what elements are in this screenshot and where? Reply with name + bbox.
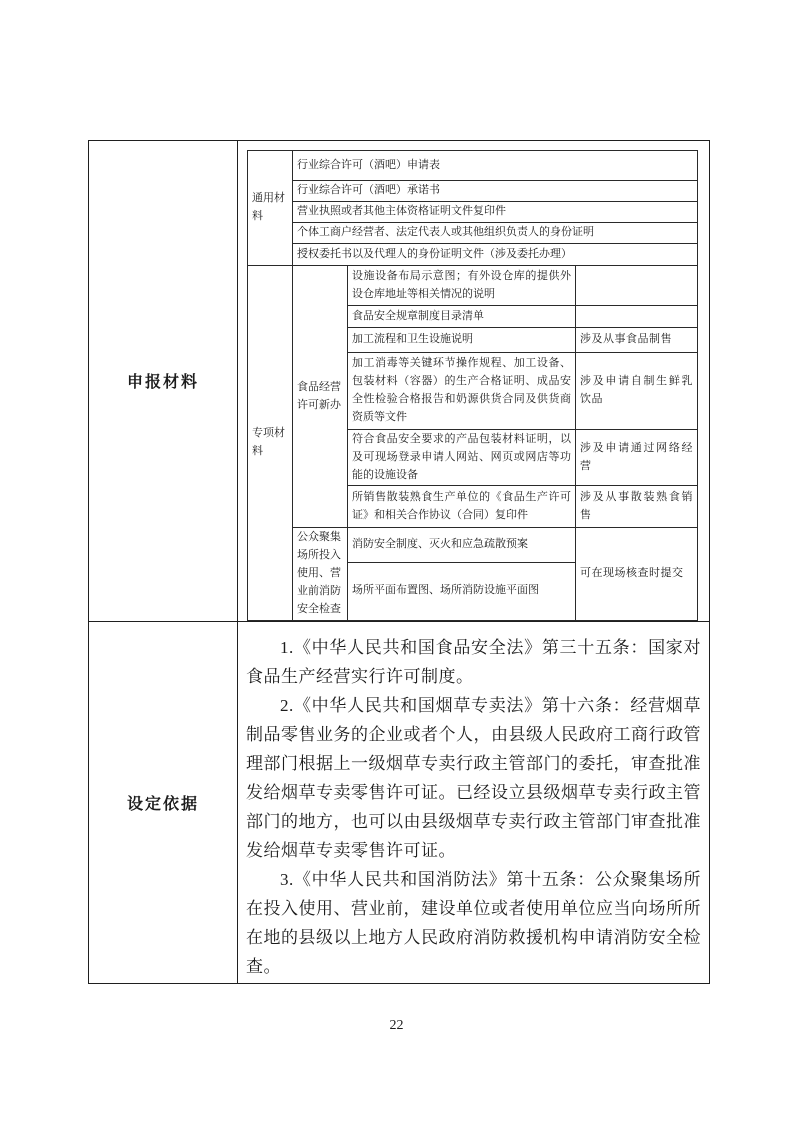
- material-item: 所销售散装熟食生产单位的《食品生产许可证》和相关合作协议（合同）复印件: [348, 486, 576, 528]
- application-materials-cell: 通用材料 行业综合许可（酒吧）申请表 行业综合许可（酒吧）承诺书 营业执照或者其…: [238, 141, 710, 622]
- condition-note: 涉及从事食品制售: [576, 328, 698, 353]
- material-item: 食品安全规章制度目录清单: [348, 306, 576, 328]
- condition-note: 涉及从事散装熟食销售: [576, 486, 698, 528]
- condition-note: 可在现场核查时提交: [576, 528, 698, 620]
- setting-basis-cell: 1.《中华人民共和国食品安全法》第三十五条：国家对食品生产经营实行许可制度。 2…: [238, 621, 710, 983]
- row-label-application-materials: 申报材料: [89, 141, 238, 622]
- material-item: 消防安全制度、灭火和应急疏散预案: [348, 528, 576, 562]
- category-special-materials: 专项材料: [248, 266, 293, 621]
- group-food-license: 食品经营许可新办: [293, 266, 348, 528]
- materials-table: 通用材料 行业综合许可（酒吧）申请表 行业综合许可（酒吧）承诺书 营业执照或者其…: [247, 150, 698, 621]
- category-general-materials: 通用材料: [248, 151, 293, 266]
- material-item: 行业综合许可（酒吧）承诺书: [293, 181, 698, 202]
- document-page: 申报材料 通用材料 行业综合许可（酒吧）申请表 行业综合许可（酒: [0, 0, 793, 1122]
- basis-paragraph: 1.《中华人民共和国食品安全法》第三十五条：国家对食品生产经营实行许可制度。: [246, 633, 701, 691]
- condition-note: [576, 306, 698, 328]
- material-item: 场所平面布置图、场所消防设施平面图: [348, 562, 576, 620]
- page-number: 22: [0, 1018, 793, 1034]
- material-item: 设施设备布局示意图；有外设仓库的提供外设仓库地址等相关情况的说明: [348, 266, 576, 306]
- condition-note: 涉及申请自制生鲜乳饮品: [576, 353, 698, 430]
- condition-note: 涉及申请通过网络经营: [576, 430, 698, 486]
- material-item: 符合食品安全要求的产品包装材料证明，以及可现场登录申请人网站、网页或网店等功能的…: [348, 430, 576, 486]
- basis-paragraph: 3.《中华人民共和国消防法》第十五条：公众聚集场所在投入使用、营业前，建设单位或…: [246, 865, 701, 981]
- group-fire-safety-check: 公众聚集场所投入使用、营业前消防安全检查: [293, 528, 348, 620]
- material-item: 授权委托书以及代理人的身份证明文件（涉及委托办理）: [293, 244, 698, 266]
- condition-note: [576, 266, 698, 306]
- material-item: 行业综合许可（酒吧）申请表: [293, 151, 698, 181]
- material-item: 个体工商户经营者、法定代表人或其他组织负责人的身份证明: [293, 223, 698, 244]
- material-item: 加工流程和卫生设施说明: [348, 328, 576, 353]
- material-item: 营业执照或者其他主体资格证明文件复印件: [293, 202, 698, 223]
- material-item: 加工消毒等关键环节操作规程、加工设备、包装材料（容器）的生产合格证明、成品安全性…: [348, 353, 576, 430]
- basis-paragraph: 2.《中华人民共和国烟草专卖法》第十六条：经营烟草制品零售业务的企业或者个人，由…: [246, 691, 701, 865]
- permit-info-table: 申报材料 通用材料 行业综合许可（酒吧）申请表 行业综合许可（酒: [88, 140, 710, 984]
- row-label-setting-basis: 设定依据: [89, 621, 238, 983]
